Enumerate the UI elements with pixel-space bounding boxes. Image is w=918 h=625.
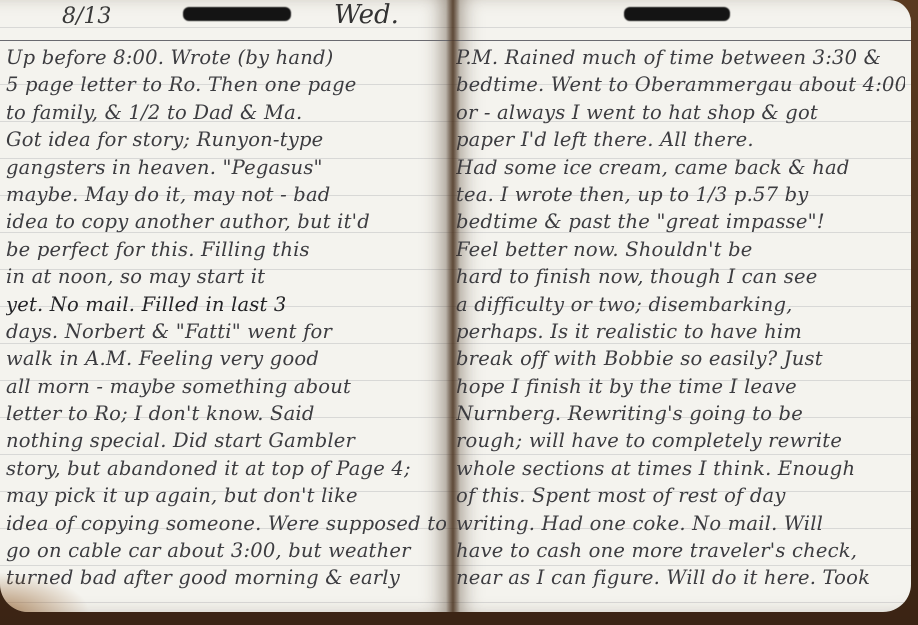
redacted-mark (183, 7, 291, 21)
text-line: break off with Bobbie so easily? Just (456, 345, 905, 372)
text-line: days. Norbert & "Fatti" went for (6, 318, 446, 345)
header-rule (452, 40, 911, 41)
text-line: whole sections at times I think. Enough (456, 455, 905, 482)
text-line: in at noon, so may start it (6, 263, 446, 290)
text-line: Nurnberg. Rewriting's going to be (456, 400, 905, 427)
text-line: Got idea for story; Runyon-type (6, 126, 446, 153)
left-page-lines: Up before 8:00. Wrote (by hand) 5 page l… (6, 44, 446, 592)
text-line: perhaps. Is it realistic to have him (456, 318, 905, 345)
text-line: may pick it up again, but don't like (6, 482, 446, 509)
text-line: all morn - maybe something about (6, 373, 446, 400)
text-line: gangsters in heaven. "Pegasus" (6, 154, 446, 181)
right-page-lines: P.M. Rained much of time between 3:30 & … (456, 44, 905, 592)
header-rule (0, 40, 452, 41)
text-line: rough; will have to completely rewrite (456, 427, 905, 454)
text-line: near as I can figure. Will do it here. T… (456, 564, 905, 591)
text-line: P.M. Rained much of time between 3:30 & (456, 44, 905, 71)
text-line: or - always I went to hat shop & got (456, 99, 905, 126)
text-line: go on cable car about 3:00, but weather (6, 537, 446, 564)
text-line: writing. Had one coke. No mail. Will (456, 510, 905, 537)
text-line: paper I'd left there. All there. (456, 126, 905, 153)
text-line: walk in A.M. Feeling very good (6, 345, 446, 372)
text-line: to family, & 1/2 to Dad & Ma. (6, 99, 446, 126)
text-line: tea. I wrote then, up to 1/3 p.57 by (456, 181, 905, 208)
text-line: of this. Spent most of rest of day (456, 482, 905, 509)
text-line: have to cash one more traveler's check, (456, 537, 905, 564)
text-line: be perfect for this. Filling this (6, 236, 446, 263)
text-line: maybe. May do it, may not - bad (6, 181, 446, 208)
text-line: a difficulty or two; disembarking, (456, 291, 905, 318)
entry-day: Wed. (334, 0, 399, 30)
text-line: hard to finish now, though I can see (456, 263, 905, 290)
text-line: hope I finish it by the time I leave (456, 373, 905, 400)
book-gutter (446, 0, 460, 612)
text-line: letter to Ro; I don't know. Said (6, 400, 446, 427)
entry-date: 8/13 (62, 4, 111, 29)
diary-spread: 8/13 Wed. Up before 8:00. Wrote (by hand… (0, 0, 918, 625)
text-line: bedtime. Went to Oberammergau about 4:00 (456, 71, 905, 98)
redacted-mark (624, 7, 730, 21)
right-page: P.M. Rained much of time between 3:30 & … (452, 0, 911, 612)
text-line: yet. No mail. Filled in last 3 (6, 291, 446, 318)
text-line: bedtime & past the "great impasse"! (456, 208, 905, 235)
text-line: Feel better now. Shouldn't be (456, 236, 905, 263)
page-edge-stain (0, 572, 90, 612)
text-line: 5 page letter to Ro. Then one page (6, 71, 446, 98)
left-page: 8/13 Wed. Up before 8:00. Wrote (by hand… (0, 0, 452, 612)
text-line: Up before 8:00. Wrote (by hand) (6, 44, 446, 71)
text-line: idea of copying someone. Were supposed t… (6, 510, 446, 537)
text-line: Had some ice cream, came back & had (456, 154, 905, 181)
text-line: nothing special. Did start Gambler (6, 427, 446, 454)
text-line: story, but abandoned it at top of Page 4… (6, 455, 446, 482)
text-line: idea to copy another author, but it'd (6, 208, 446, 235)
